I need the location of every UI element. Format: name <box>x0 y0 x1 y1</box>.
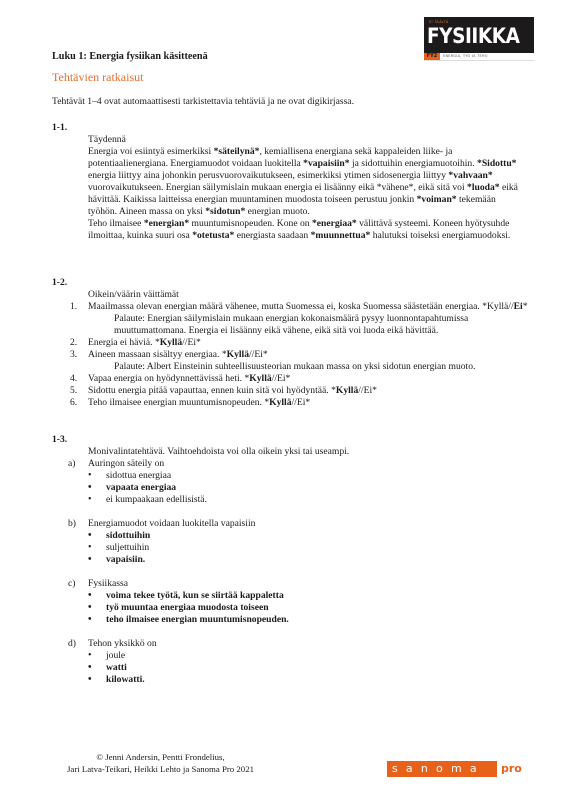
option: suljettuihin <box>68 542 468 554</box>
answer-part: //Ei* <box>272 373 291 384</box>
answer-blank: *muunnettua* <box>311 230 371 241</box>
statement-text: Aineen massaan sisältyy energiaa. <box>88 349 222 360</box>
answer-blank: *otetusta* <box>192 230 234 241</box>
logo-box: EI TÄÄLTÄ FYSIIKKA <box>424 17 534 53</box>
answer-part: //Ei* <box>292 397 311 408</box>
logo-strip: FY2 ENERGIA, TYÖ JA TEHO <box>424 53 534 61</box>
option-correct: sidottuihin <box>68 530 468 542</box>
statement-text: Energia ei häviä. <box>88 337 155 348</box>
correct-answer: Kyllä <box>160 337 182 348</box>
option-correct: watti <box>68 662 468 674</box>
task-number: 1-2. <box>52 277 67 289</box>
statement-text: Sidottu energia pitää vapauttaa, ennen k… <box>88 385 331 396</box>
correct-answer: Kyllä <box>227 349 249 360</box>
answer-blank: *sidotun* <box>205 206 245 217</box>
task-number: 1-3. <box>52 434 67 446</box>
statement-text: Teho ilmaisee energian muuntumisnopeuden… <box>88 397 264 408</box>
answer-blank: *Sidottu* <box>477 158 516 169</box>
logo-subtitle: ENERGIA, TYÖ JA TEHO <box>443 53 488 60</box>
option: ei kumpaakaan edellisistä. <box>68 494 468 506</box>
statement-number: 3. <box>70 349 77 361</box>
feedback-text: Palaute: Energian säilymislain mukaan en… <box>70 313 530 337</box>
statement-item: 1.Maailmassa olevan energian määrä vähen… <box>70 301 530 313</box>
answer-blank: *energian* <box>144 218 189 229</box>
sanoma-logo: sanoma <box>387 761 497 777</box>
answer-part: //Ei* <box>249 349 268 360</box>
answer-blank: *voiman* <box>417 194 457 205</box>
answer-blank: *energiaa* <box>312 218 357 229</box>
correct-answer: Kyllä <box>249 373 271 384</box>
answer-part: //Ei* <box>182 337 201 348</box>
answer-blank: *vapaisiin* <box>303 158 349 169</box>
copyright-line: © Jenni Andersin, Pentti Frondelius, <box>58 752 263 764</box>
correct-answer: Ei <box>514 301 523 312</box>
feedback-text: Palaute: Albert Einsteinin suhteellisuus… <box>70 361 530 373</box>
question: d)Tehon yksikkö on <box>68 638 468 650</box>
correct-answer: Kyllä <box>269 397 291 408</box>
option-correct: teho ilmaisee energian muuntumisnopeuden… <box>68 614 468 626</box>
statement-text: Vapaa energia on hyödynnettävissä heti. <box>88 373 244 384</box>
correct-answer: Kyllä <box>336 385 358 396</box>
option-correct: voima tekee työtä, kun se siirtää kappal… <box>68 590 468 602</box>
question-letter: c) <box>68 578 75 590</box>
task-heading: Täydennä <box>88 134 518 146</box>
text-run: energia liittyy aina johonkin perusvuoro… <box>88 170 448 181</box>
task-heading: Monivalintatehtävä. Vaihtoehdoista voi o… <box>88 446 518 458</box>
statement-item: 5.Sidottu energia pitää vapauttaa, ennen… <box>70 385 530 397</box>
statement-item: 3.Aineen massaan sisältyy energiaa. *Kyl… <box>70 349 530 361</box>
answer-blank: *vahvaan* <box>448 170 492 181</box>
task-paragraph: Energia voi esiintyä esimerkiksi *säteil… <box>88 146 518 218</box>
statement-number: 4. <box>70 373 77 385</box>
chapter-title: Luku 1: Energia fysiikan käsitteenä <box>52 51 208 63</box>
answer-part: //Ei* <box>358 385 377 396</box>
question-text: Auringon säteily on <box>88 458 164 469</box>
option-correct: vapaisiin. <box>68 554 468 566</box>
statement-number: 5. <box>70 385 77 397</box>
multiple-choice-list: a)Auringon säteily onsidottua energiaava… <box>68 458 468 686</box>
statement-item: 4.Vapaa energia on hyödynnettävissä heti… <box>70 373 530 385</box>
option: sidottua energiaa <box>68 470 468 482</box>
text-run: muuntumisnopeuden. Kone on <box>189 218 312 229</box>
task-paragraph: Teho ilmaisee *energian* muuntumisnopeud… <box>88 218 518 242</box>
answer-blank: *säteilynä* <box>214 146 260 157</box>
option-correct: kilowatti. <box>68 674 468 686</box>
text-run: Energia voi esiintyä esimerkiksi <box>88 146 214 157</box>
question-text: Tehon yksikkö on <box>88 638 157 649</box>
section-subtitle: Tehtävien ratkaisut <box>52 71 143 83</box>
question-text: Energiamuodot voidaan luokitella vapaisi… <box>88 518 255 529</box>
option-correct: työ muuntaa energiaa muodosta toiseen <box>68 602 468 614</box>
logo-course: FY2 <box>424 53 440 60</box>
task-number: 1-1. <box>52 122 67 134</box>
statement-text: Maailmassa olevan energian määrä vähenee… <box>88 301 482 312</box>
logo-title: FYSIIKKA <box>427 24 519 48</box>
text-run: vuorovaikutukseen. Energian säilymislain… <box>88 182 467 193</box>
question-letter: b) <box>68 518 76 530</box>
copyright: © Jenni Andersin, Pentti Frondelius, Jar… <box>58 752 263 775</box>
question: a)Auringon säteily on <box>68 458 468 470</box>
question-letter: d) <box>68 638 76 650</box>
option: joule <box>68 650 468 662</box>
answer-blank: *luoda* <box>467 182 500 193</box>
option-correct: vapaata energiaa <box>68 482 468 494</box>
statement-number: 6. <box>70 397 77 409</box>
question-letter: a) <box>68 458 75 470</box>
statement-number: 1. <box>70 301 77 313</box>
question-text: Fysiikassa <box>88 578 128 589</box>
copyright-line: Jari Latva-Teikari, Heikki Lehto ja Sano… <box>58 764 263 776</box>
answer-part: *Kyllä// <box>482 301 513 312</box>
intro-text: Tehtävät 1–4 ovat automaattisesti tarkis… <box>52 96 354 108</box>
task-1-1: Täydennä Energia voi esiintyä esimerkiks… <box>88 134 518 242</box>
text-run: energiasta saadaan <box>234 230 310 241</box>
text-run: halutuksi toiseksi energiamuodoksi. <box>370 230 510 241</box>
statement-item: 6.Teho ilmaisee energian muuntumisnopeud… <box>70 397 530 409</box>
fysiikka-logo: EI TÄÄLTÄ FYSIIKKA FY2 ENERGIA, TYÖ JA T… <box>424 17 534 60</box>
statement-list: 1.Maailmassa olevan energian määrä vähen… <box>70 301 530 409</box>
statement-number: 2. <box>70 337 77 349</box>
question: c)Fysiikassa <box>68 578 468 590</box>
text-run: energian muoto. <box>245 206 310 217</box>
answer-part: * <box>523 301 528 312</box>
question: b)Energiamuodot voidaan luokitella vapai… <box>68 518 468 530</box>
statement-item: 2.Energia ei häviä. *Kyllä//Ei* <box>70 337 530 349</box>
sanoma-pro-suffix: pro <box>501 761 522 777</box>
text-run: ja sidottuihin energiamuotoihin. <box>350 158 477 169</box>
task-heading: Oikein/väärin väittämät <box>88 289 518 301</box>
text-run: Teho ilmaisee <box>88 218 144 229</box>
